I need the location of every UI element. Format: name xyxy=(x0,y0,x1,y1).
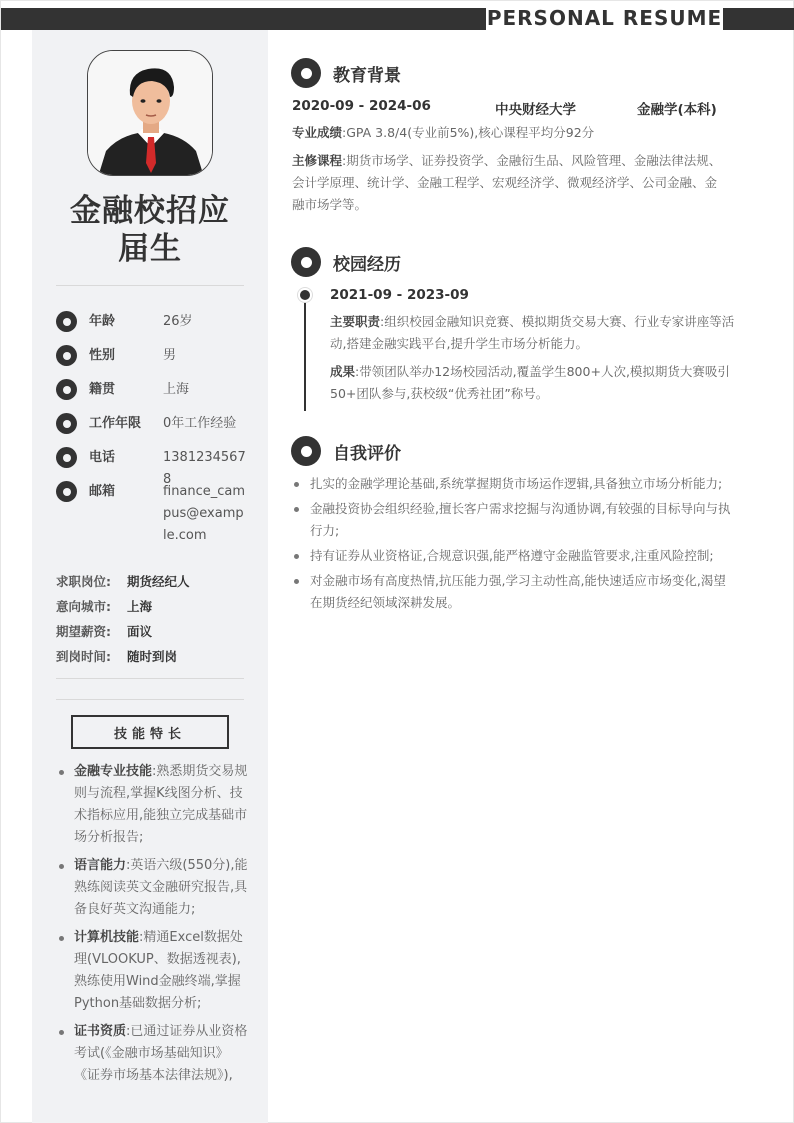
skill-item: 金融专业技能:熟悉期货交易规则与流程,掌握K线图分析、技术指标应用,能独立完成基… xyxy=(56,761,248,849)
education-courses: 主修课程:期货市场学、证券投资学、金融衍生品、风险管理、金融法律法规、会计学原理… xyxy=(292,150,722,216)
avatar-portrait-icon xyxy=(88,51,213,176)
page-title: PERSONAL RESUME xyxy=(487,6,722,30)
skills-title: 技能特长 xyxy=(71,715,229,749)
result-label: 成果 xyxy=(330,364,355,379)
duty-label: 主要职责 xyxy=(330,314,380,329)
skill-label: 金融专业技能 xyxy=(74,764,152,779)
skill-item: 证书资质:已通过证券从业资格考试(《金融市场基础知识》《证券市场基本法律法规》)… xyxy=(56,1021,248,1087)
section-dot-icon xyxy=(291,58,321,88)
intent-salary: 期望薪资:面议 xyxy=(56,623,152,641)
timeline-line xyxy=(304,297,306,411)
intent-position: 求职岗位:期货经纪人 xyxy=(56,573,190,591)
info-label: 籍贯 xyxy=(89,379,163,401)
skill-label: 证书资质 xyxy=(74,1024,126,1039)
self-eval-list: 扎实的金融学理论基础,系统掌握期货市场运作逻辑,具备独立市场分析能力; 金融投资… xyxy=(292,473,732,617)
campus-result: 成果:带领团队举办12场校园活动,覆盖学生800+人次,模拟期货大赛吸引50+团… xyxy=(330,361,738,405)
intent-label: 到岗时间: xyxy=(56,648,127,666)
info-row-email: 邮箱 finance_campus@example.com xyxy=(56,481,247,547)
info-value: 0年工作经验 xyxy=(163,413,247,435)
divider xyxy=(56,678,244,679)
section-title: 自我评价 xyxy=(333,439,401,464)
section-campus: 校园经历 xyxy=(291,247,401,277)
intent-city: 意向城市:上海 xyxy=(56,598,152,616)
section-self: 自我评价 xyxy=(291,436,401,466)
skill-label: 语言能力 xyxy=(74,858,126,873)
education-major: 金融学(本科) xyxy=(637,98,717,118)
courses-label: 主修课程 xyxy=(292,153,342,168)
intent-label: 期望薪资: xyxy=(56,623,127,641)
divider xyxy=(56,699,244,700)
info-row-hometown: 籍贯 上海 xyxy=(56,379,247,401)
education-score: 专业成绩:GPA 3.8/4(专业前5%),核心课程平均分92分 xyxy=(292,122,722,144)
header-title-box: PERSONAL RESUME xyxy=(486,3,723,33)
info-row-experience: 工作年限 0年工作经验 xyxy=(56,413,247,435)
info-row-gender: 性别 男 xyxy=(56,345,247,367)
education-period: 2020-09 - 2024-06 xyxy=(292,98,431,114)
candidate-name: 金融校招应届生 xyxy=(32,192,268,268)
info-label: 邮箱 xyxy=(89,481,163,503)
info-value: 上海 xyxy=(163,379,247,401)
intent-label: 意向城市: xyxy=(56,598,127,616)
self-eval-item: 金融投资协会组织经验,擅长客户需求挖掘与沟通协调,有较强的目标导向与执行力; xyxy=(292,498,732,542)
info-dot-icon xyxy=(56,481,77,502)
resume-page: PERSONAL RESUME 金融校招应届生 年龄 26岁 xyxy=(0,0,794,1123)
info-value: finance_campus@example.com xyxy=(163,481,247,547)
timeline-dot-icon xyxy=(300,290,310,300)
intent-start: 到岗时间:随时到岗 xyxy=(56,648,177,666)
section-title: 校园经历 xyxy=(333,250,401,275)
intent-value: 上海 xyxy=(127,599,152,614)
campus-duty: 主要职责:组织校园金融知识竞赛、模拟期货交易大赛、行业专家讲座等活动,搭建金融实… xyxy=(330,311,738,355)
skill-item: 计算机技能:精通Excel数据处理(VLOOKUP、数据透视表),熟练使用Win… xyxy=(56,927,248,1015)
self-eval-item: 持有证券从业资格证,合规意识强,能严格遵守金融监管要求,注重风险控制; xyxy=(292,545,732,567)
intent-value: 面议 xyxy=(127,624,152,639)
self-eval-item: 对金融市场有高度热情,抗压能力强,学习主动性高,能快速适应市场变化,渴望在期货经… xyxy=(292,570,732,614)
intent-value: 期货经纪人 xyxy=(127,574,190,589)
info-dot-icon xyxy=(56,379,77,400)
info-row-age: 年龄 26岁 xyxy=(56,311,247,333)
self-eval-item: 扎实的金融学理论基础,系统掌握期货市场运作逻辑,具备独立市场分析能力; xyxy=(292,473,732,495)
intent-label: 求职岗位: xyxy=(56,573,127,591)
duty-text: :组织校园金融知识竞赛、模拟期货交易大赛、行业专家讲座等活动,搭建金融实践平台,… xyxy=(330,314,734,351)
sidebar: 金融校招应届生 年龄 26岁 性别 男 籍贯 上海 工作年限 0年工作经验 电话… xyxy=(32,30,268,1123)
result-text: :带领团队举办12场校园活动,覆盖学生800+人次,模拟期货大赛吸引50+团队参… xyxy=(330,364,730,401)
info-label: 年龄 xyxy=(89,311,163,333)
score-label: 专业成绩 xyxy=(292,125,342,140)
info-value: 男 xyxy=(163,345,247,367)
main-content: 教育背景 2020-09 - 2024-06 中央财经大学 金融学(本科) 专业… xyxy=(268,30,764,1123)
info-dot-icon xyxy=(56,311,77,332)
section-title: 教育背景 xyxy=(333,61,401,86)
divider xyxy=(56,285,244,286)
info-label: 性别 xyxy=(89,345,163,367)
info-dot-icon xyxy=(56,413,77,434)
section-dot-icon xyxy=(291,247,321,277)
intent-value: 随时到岗 xyxy=(127,649,177,664)
section-dot-icon xyxy=(291,436,321,466)
skill-item: 语言能力:英语六级(550分),能熟练阅读英文金融研究报告,具备良好英文沟通能力… xyxy=(56,855,248,921)
info-label: 工作年限 xyxy=(89,413,163,435)
info-label: 电话 xyxy=(89,447,163,469)
section-education: 教育背景 xyxy=(291,58,401,88)
info-dot-icon xyxy=(56,345,77,366)
courses-text: :期货市场学、证券投资学、金融衍生品、风险管理、金融法律法规、会计学原理、统计学… xyxy=(292,153,721,212)
info-value: 26岁 xyxy=(163,311,247,333)
avatar xyxy=(87,50,213,176)
info-dot-icon xyxy=(56,447,77,468)
campus-period: 2021-09 - 2023-09 xyxy=(330,287,469,303)
education-school: 中央财经大学 xyxy=(495,98,576,118)
skill-label: 计算机技能 xyxy=(74,930,139,945)
score-text: :GPA 3.8/4(专业前5%),核心课程平均分92分 xyxy=(342,125,594,140)
skills-list: 金融专业技能:熟悉期货交易规则与流程,掌握K线图分析、技术指标应用,能独立完成基… xyxy=(56,761,248,1093)
